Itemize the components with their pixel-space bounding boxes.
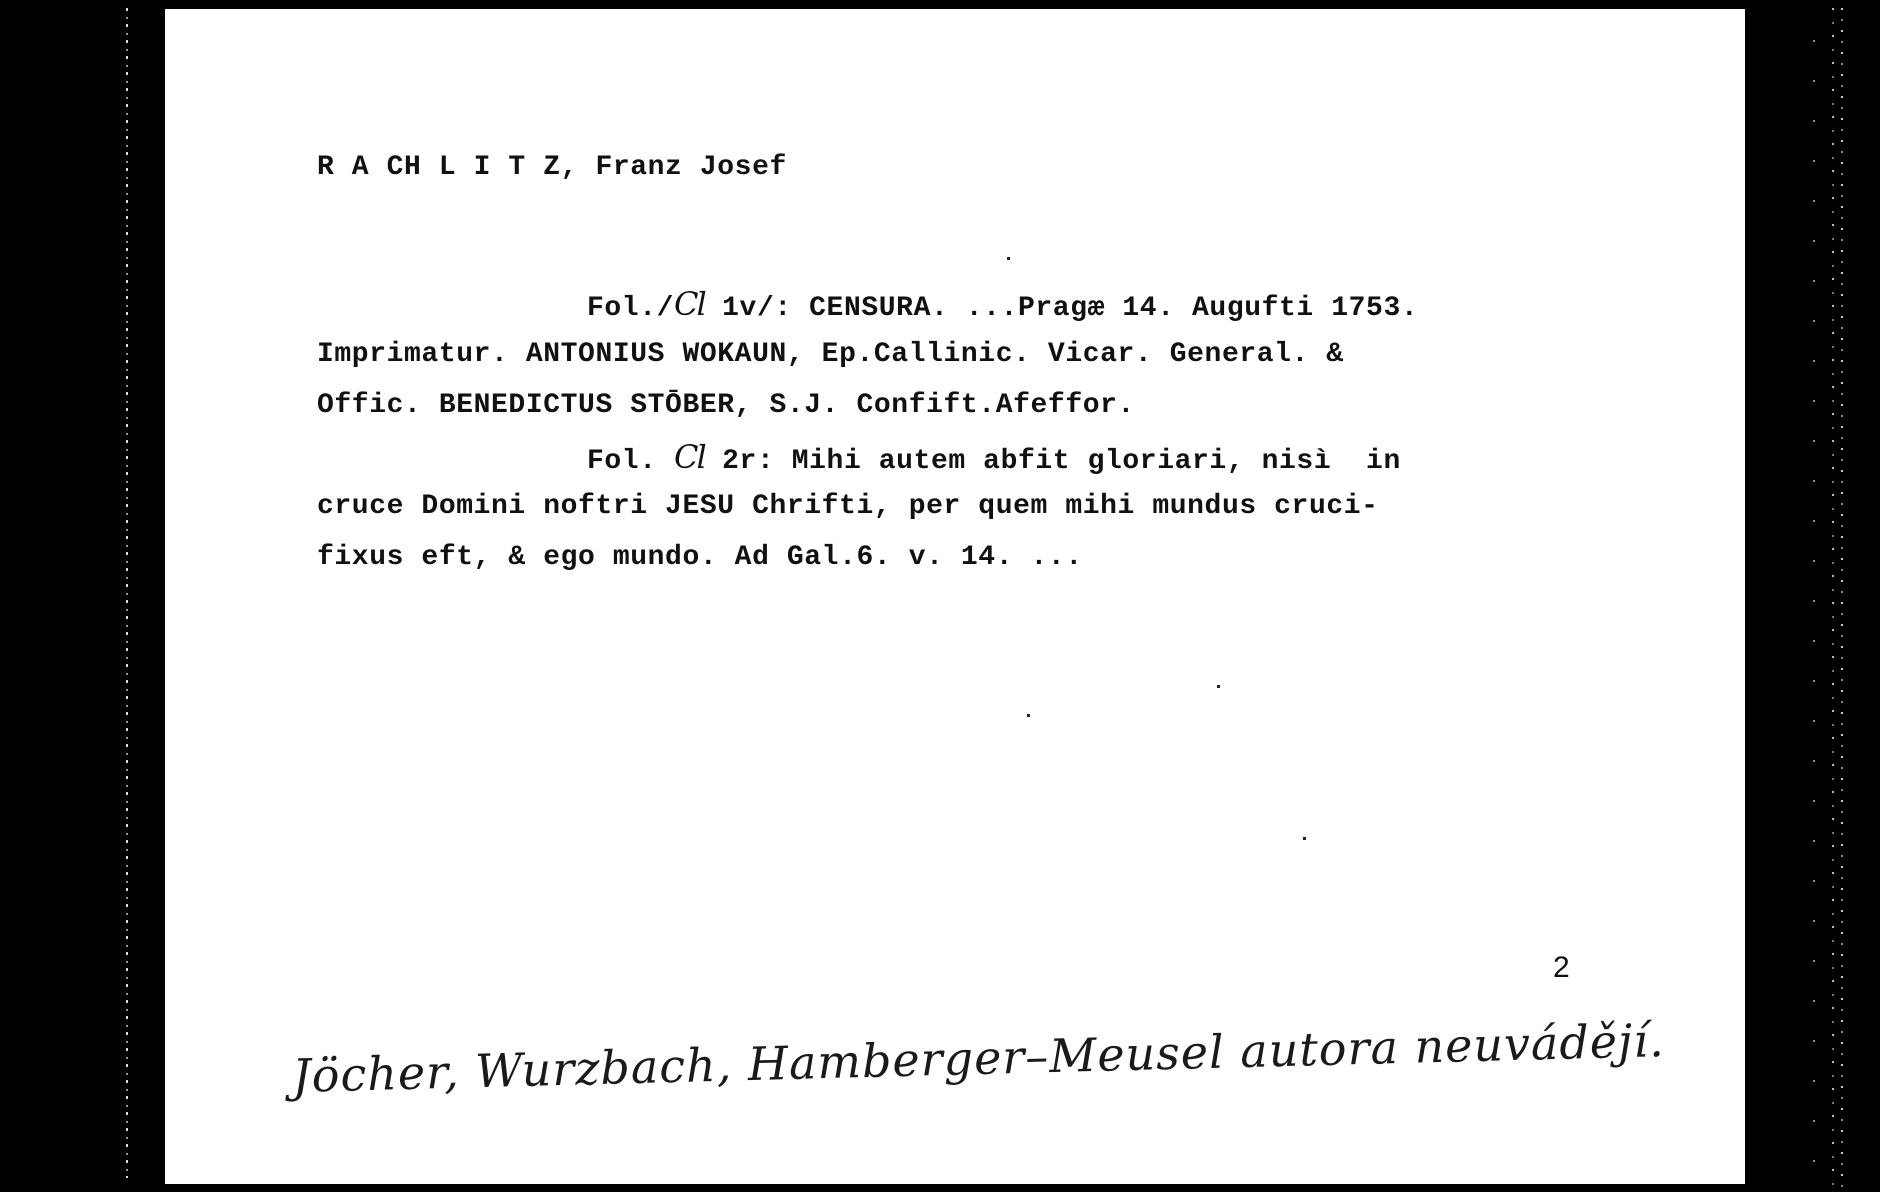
text-line: cruce Domini noftri JESU Chrifti, per qu… [317, 493, 1379, 521]
folio-prefix: Fol. [587, 446, 674, 477]
handwritten-mark: Cl [674, 438, 705, 476]
scan-artifact-left [126, 8, 128, 1178]
folio-prefix: Fol./ [587, 293, 674, 324]
scan-speck [1007, 257, 1010, 260]
folio-line: Fol. Cl 2r: Mihi autem abfit gloriari, n… [587, 441, 1401, 476]
scan-speck [1303, 837, 1306, 840]
scan-speck [1027, 714, 1030, 717]
text-line: Offic. BENEDICTUS STŌBER, S.J. Confift.A… [317, 392, 1135, 420]
handwritten-mark: Cl [674, 285, 705, 323]
handwritten-note: Jöcher, Wurzbach, Hamberger–Meusel autor… [292, 1012, 1713, 1103]
scan-artifact-right [1832, 8, 1834, 1188]
folio-text: 2r: Mihi autem abfit gloriari, nisì in [705, 446, 1401, 477]
page-number: 2 [1553, 951, 1570, 985]
scan-artifact-right [1813, 40, 1815, 1180]
scan-speck [1217, 685, 1220, 688]
folio-text: 1v/: CENSURA. ...Pragæ 14. Augufti 1753. [705, 293, 1419, 324]
card-heading: R A CH L I T Z, Franz Josef [317, 154, 787, 182]
catalog-card: R A CH L I T Z, Franz Josef Fol./Cl 1v/:… [165, 9, 1745, 1184]
scan-artifact-right [1841, 8, 1843, 1188]
folio-line: Fol./Cl 1v/: CENSURA. ...Pragæ 14. Auguf… [587, 288, 1418, 323]
text-line: fixus eft, & ego mundo. Ad Gal.6. v. 14.… [317, 544, 1083, 572]
text-line: Imprimatur. ANTONIUS WOKAUN, Ep.Callinic… [317, 341, 1344, 369]
